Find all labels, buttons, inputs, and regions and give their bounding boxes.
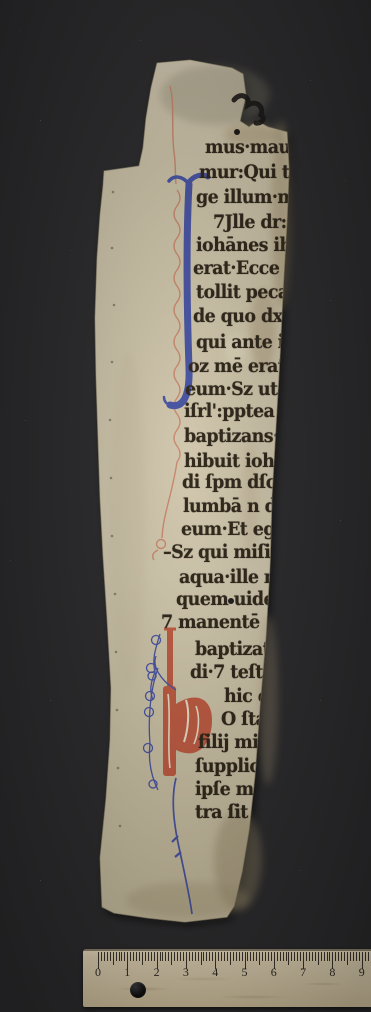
ruler-mm-tick xyxy=(306,952,307,961)
text-line-20: quem uider xyxy=(176,588,283,613)
ruler-mm-tick xyxy=(283,952,284,961)
ruler-mm-tick xyxy=(198,952,199,961)
ruler-mm-tick xyxy=(192,952,193,961)
ruler-mm-tick xyxy=(256,952,257,961)
text-line-17: eum·Et ego xyxy=(181,518,286,543)
ruler-mm-tick xyxy=(104,952,105,961)
ruler-mm-tick xyxy=(189,952,190,961)
ruler-mm-tick xyxy=(203,952,204,961)
ruler-mm-tick xyxy=(247,952,248,961)
text-line-12: iſrl':pptea xyxy=(184,400,274,425)
ruler-mm-tick xyxy=(239,952,240,961)
ruler-mm-tick xyxy=(160,952,161,961)
ruler-mm-tick xyxy=(341,952,342,961)
ruler-mm-tick xyxy=(136,952,137,961)
ruler-mm-tick xyxy=(312,952,313,961)
ruler-mm-tick xyxy=(168,952,169,961)
text-line-15: di ſpm dſcē xyxy=(182,471,286,496)
ruler-mm-tick xyxy=(162,952,163,961)
ruler-mm-tick xyxy=(121,952,122,961)
ruler-mm-tick xyxy=(288,952,289,965)
ruler-number-7: 7 xyxy=(297,965,309,980)
ruler-mm-tick xyxy=(344,952,345,961)
text-line-2: mur:Qui tē xyxy=(199,161,300,186)
ruler-mm-tick xyxy=(250,952,251,961)
ruler-mm-tick xyxy=(309,952,310,961)
ruler-mm-tick xyxy=(206,952,207,961)
ruler-mm-tick xyxy=(347,952,348,965)
ruler-mm-tick xyxy=(350,952,351,961)
ruler-mm-tick xyxy=(183,952,184,961)
ruler-mm-tick xyxy=(353,952,354,961)
ruler-mm-tick xyxy=(294,952,295,961)
ruler-mm-tick xyxy=(356,952,357,961)
ruler-mm-tick xyxy=(300,952,301,961)
ruler-number-4: 4 xyxy=(209,965,221,980)
ruler-mm-tick xyxy=(165,952,166,961)
ruler-mm-tick xyxy=(218,952,219,961)
ruler-mm-tick xyxy=(154,952,155,961)
ruler-mm-tick xyxy=(233,952,234,961)
centimeter-ruler: 0123456789 xyxy=(83,949,371,1007)
ruler-mm-tick xyxy=(177,952,178,961)
ruler-mm-tick xyxy=(280,952,281,961)
ruler-mm-tick xyxy=(227,952,228,961)
ruler-mm-tick xyxy=(133,952,134,961)
ruler-mm-tick xyxy=(151,952,152,961)
ruler-mm-tick xyxy=(242,952,243,961)
photograph-of-manuscript-fragment: mus·maus tēmur:Qui tēge illum·mā7Jlle dr… xyxy=(0,0,371,1012)
ruler-mm-tick xyxy=(174,952,175,961)
ruler-mm-tick xyxy=(291,952,292,961)
ruler-mm-tick xyxy=(212,952,213,961)
ruler-mm-tick xyxy=(148,952,149,961)
ruler-mm-tick xyxy=(262,952,263,961)
ruler-number-6: 6 xyxy=(268,965,280,980)
ruler-mm-tick xyxy=(327,952,328,961)
text-line-6: erat·Ecce a xyxy=(193,257,296,282)
ruler-hole xyxy=(130,982,146,998)
ruler-mm-tick xyxy=(221,952,222,961)
ruler-mm-tick xyxy=(101,952,102,961)
text-line-16: lumbā n de xyxy=(183,495,287,520)
ruler-mm-tick xyxy=(297,952,298,961)
ruler-mm-tick xyxy=(171,952,172,965)
ruler-mm-tick xyxy=(113,952,114,965)
ruler-mm-tick xyxy=(265,952,266,961)
ruler-mm-tick xyxy=(116,952,117,961)
ruler-mm-tick xyxy=(329,952,330,961)
text-line-4: 7Jlle dr: xyxy=(213,211,287,236)
ruler-number-1: 1 xyxy=(121,965,133,980)
ruler-mm-tick xyxy=(268,952,269,961)
ruler-mm-tick xyxy=(318,952,319,965)
ruler-mm-tick xyxy=(209,952,210,961)
ruler-mm-tick xyxy=(107,952,108,961)
ruler-mm-tick xyxy=(271,952,272,961)
ruler-mm-tick xyxy=(230,952,231,965)
ruler-mm-tick xyxy=(335,952,336,961)
ruler-mm-tick xyxy=(139,952,140,961)
ruler-mm-tick xyxy=(321,952,322,961)
text-line-18: –Sz qui miſit xyxy=(163,541,278,566)
ruler-mm-tick xyxy=(253,952,254,961)
ruler-mm-tick xyxy=(259,952,260,965)
text-line-8: de quo dx: xyxy=(193,305,288,330)
ruler-mm-tick xyxy=(201,952,202,965)
ruler-mm-tick xyxy=(315,952,316,961)
ruler-mm-tick xyxy=(224,952,225,961)
ruler-mm-tick xyxy=(324,952,325,961)
ruler-mm-tick xyxy=(359,952,360,961)
ruler-mm-tick xyxy=(195,952,196,961)
ruler-mm-tick xyxy=(286,952,287,961)
ruler-mm-tick xyxy=(180,952,181,961)
text-line-9: qui ante ia xyxy=(196,331,294,356)
text-line-13: baptizans· xyxy=(184,425,279,450)
ruler-number-3: 3 xyxy=(180,965,192,980)
ruler-mm-tick xyxy=(142,952,143,965)
text-line-7: tollit pecat xyxy=(196,281,296,306)
ruler-number-8: 8 xyxy=(326,965,338,980)
ruler-number-9: 9 xyxy=(356,965,368,980)
ruler-mm-tick xyxy=(277,952,278,961)
ruler-mm-tick xyxy=(368,952,369,961)
text-line-21: 7 manentē xyxy=(161,611,260,636)
ruler-mm-tick xyxy=(145,952,146,961)
ruler-mm-tick xyxy=(365,952,366,961)
ruler-number-0: 0 xyxy=(92,965,104,980)
ruler-mm-tick xyxy=(338,952,339,961)
ruler-mm-tick xyxy=(130,952,131,961)
ruler-mm-tick xyxy=(236,952,237,961)
ruler-number-5: 5 xyxy=(239,965,251,980)
ruler-mm-tick xyxy=(110,952,111,961)
ruler-mm-tick xyxy=(124,952,125,961)
ruler-mm-tick xyxy=(119,952,120,961)
ruler-number-2: 2 xyxy=(151,965,163,980)
text-line-10: oz mē erat· xyxy=(188,355,291,380)
